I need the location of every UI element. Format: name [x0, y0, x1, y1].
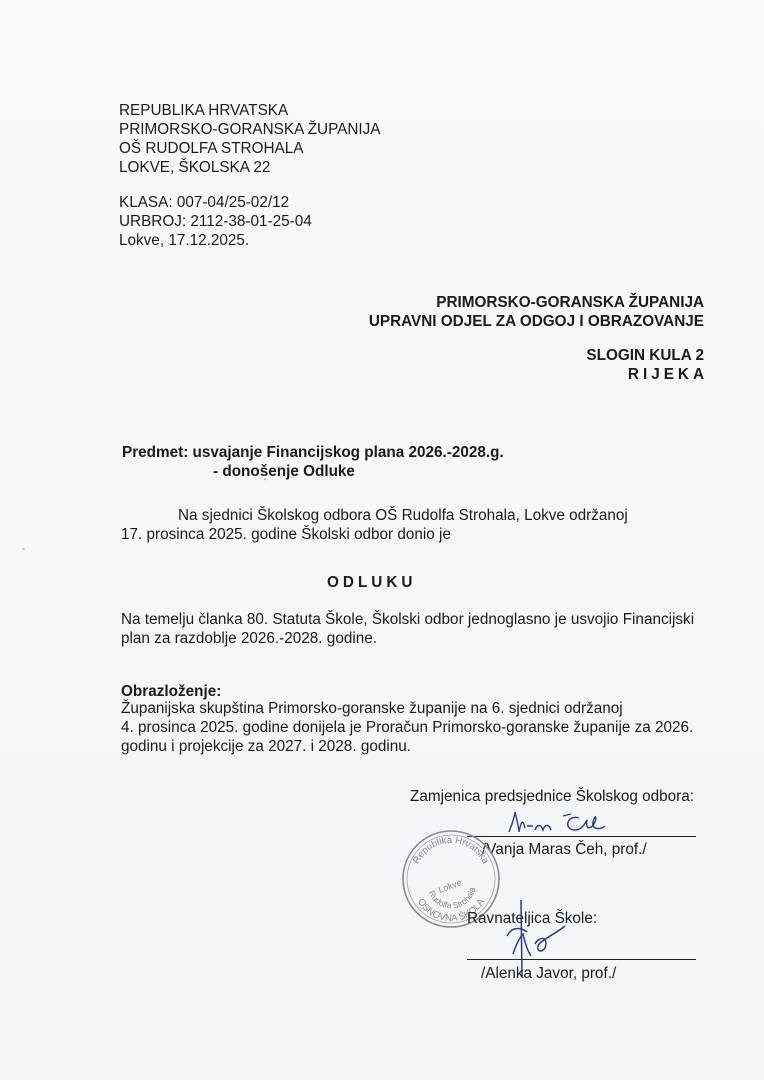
subject-line-1: Predmet: usvajanje Financijskog plana 20…	[122, 443, 504, 462]
recipient-line-1: PRIMORSKO-GORANSKA ŽUPANIJA	[436, 293, 704, 312]
principal-name: /Alenka Javor, prof./	[481, 964, 616, 983]
place-date: Lokve, 17.12.2025.	[119, 231, 249, 250]
recipient-line-2: UPRAVNI ODJEL ZA ODGOJ I OBRAZOVANJE	[369, 312, 704, 331]
explanation-line-1: Županijska skupština Primorsko-goranske …	[121, 699, 623, 718]
document-page: REPUBLIKA HRVATSKA PRIMORSKO-GORANSKA ŽU…	[0, 0, 764, 1080]
decision-title: ODLUKU	[327, 573, 416, 592]
deputy-signature	[505, 808, 625, 838]
deputy-title: Zamjenica predsjednice Školskog odbora:	[410, 787, 694, 806]
sender-line-1: REPUBLIKA HRVATSKA	[119, 101, 288, 120]
klasa: KLASA: 007-04/25-02/12	[119, 193, 289, 212]
decision-line-1: Na temelju članka 80. Statuta Škole, Ško…	[121, 610, 694, 629]
sender-line-2: PRIMORSKO-GORANSKA ŽUPANIJA	[119, 120, 381, 139]
subject-line-2: - donošenje Odluke	[213, 462, 355, 481]
recipient-city: RIJEKA	[628, 365, 708, 384]
scan-speck: '	[264, 477, 266, 488]
urbroj: URBROJ: 2112-38-01-25-04	[119, 212, 312, 231]
scan-speck-left: -	[22, 544, 25, 555]
intro-line-2: 17. prosinca 2025. godine Školski odbor …	[121, 525, 451, 544]
svg-text:Lokve: Lokve	[437, 877, 463, 895]
intro-line-1: Na sjednici Školskog odbora OŠ Rudolfa S…	[178, 506, 628, 525]
explanation-line-3: godinu i projekcije za 2027. i 2028. god…	[121, 737, 411, 756]
explanation-line-2: 4. prosinca 2025. godine donijela je Pro…	[121, 718, 693, 737]
sender-line-3: OŠ RUDOLFA STROHALA	[119, 139, 303, 158]
sender-line-4: LOKVE, ŠKOLSKA 22	[119, 158, 270, 177]
decision-line-2: plan za razdoblje 2026.-2028. godine.	[121, 629, 377, 648]
principal-signature-line	[467, 959, 696, 960]
recipient-address: SLOGIN KULA 2	[586, 346, 704, 365]
deputy-name: /Vanja Maras Čeh, prof./	[482, 840, 647, 859]
